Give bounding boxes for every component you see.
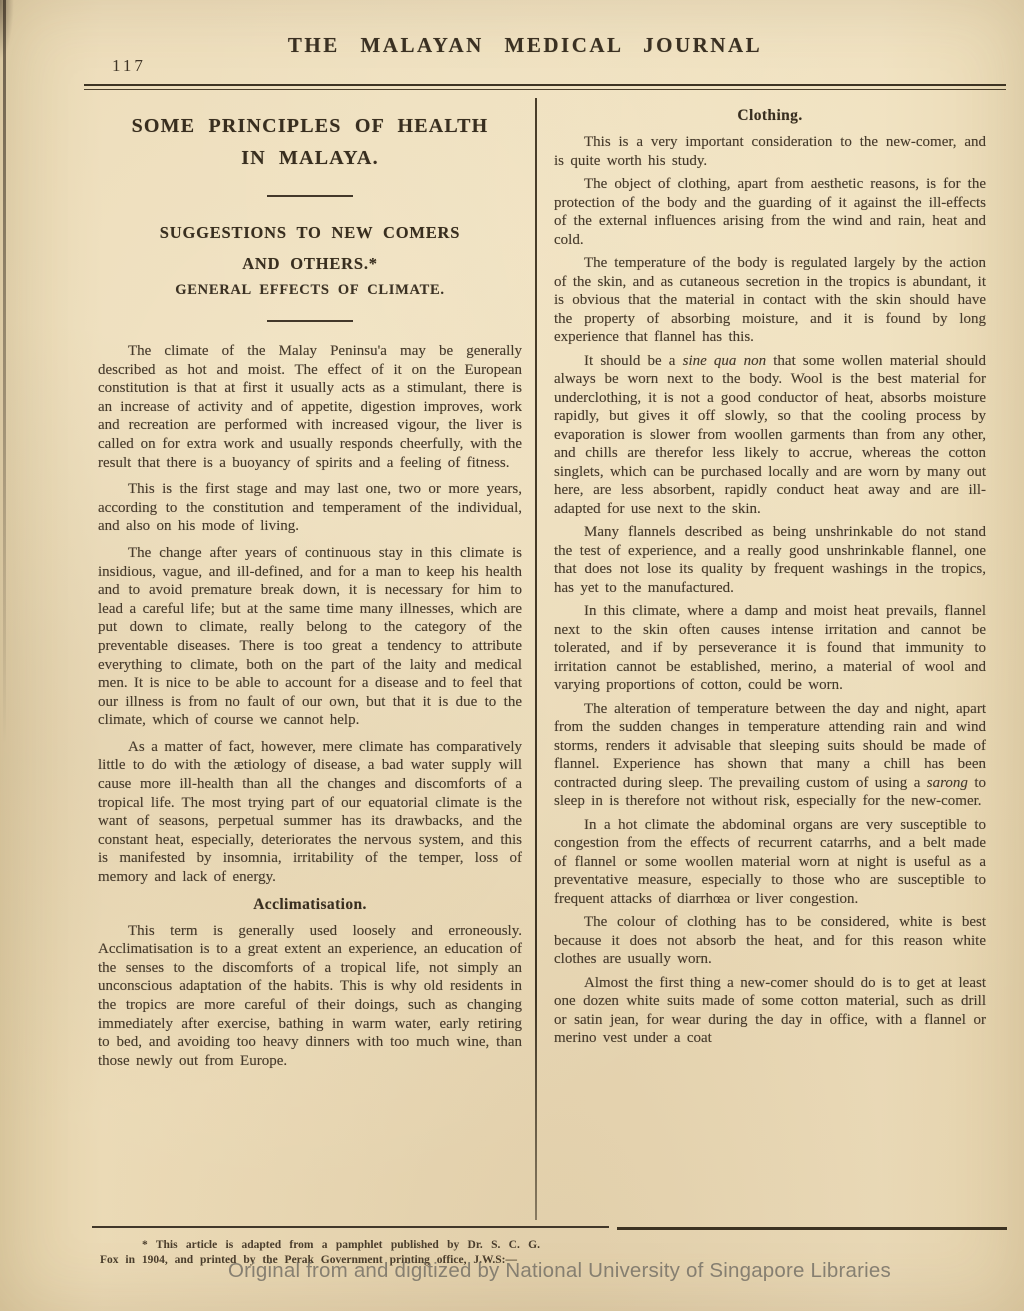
journal-page-scan: 117 THE MALAYAN MEDICAL JOURNAL SOME PRI…: [0, 0, 1024, 1311]
heading-line: SUGGESTIONS TO NEW COMERS: [98, 217, 522, 248]
journal-title: THE MALAYAN MEDICAL JOURNAL: [0, 33, 1024, 58]
article-paragraph: The change after years of continuous sta…: [98, 544, 522, 730]
text-segment: The climate of the Malay Peninsu'a may b…: [98, 343, 522, 471]
text-segment: This is a very important consideration t…: [554, 134, 986, 169]
section-divider-rule: [267, 195, 353, 197]
article-paragraph: This is a very important consideration t…: [554, 133, 986, 170]
article-paragraph: In a hot climate the abdominal organs ar…: [554, 816, 986, 909]
header-double-rule: [84, 84, 1006, 90]
article-paragraph: This is the first stage and may last one…: [98, 480, 522, 536]
heading-line: SOME PRINCIPLES OF HEALTH: [98, 110, 522, 142]
text-segment: The colour of clothing has to be conside…: [554, 914, 986, 967]
article-paragraph: As a matter of fact, however, mere clima…: [98, 738, 522, 887]
text-segment: It should be a: [584, 353, 683, 369]
article-paragraph: The object of clothing, apart from aesth…: [554, 175, 986, 249]
text-segment: This term is generally used loosely and …: [98, 923, 522, 1069]
text-segment: The temperature of the body is regulated…: [554, 255, 986, 345]
page-number: 117: [112, 56, 146, 76]
section-divider-rule: [267, 320, 353, 322]
article-paragraph: It should be a sine qua non that some wo…: [554, 352, 986, 519]
italic-phrase: sarong: [927, 775, 968, 791]
footer-rule-left: [92, 1226, 609, 1228]
text-segment: that some wollen material should always …: [554, 353, 986, 517]
article-subtitle: SUGGESTIONS TO NEW COMERSAND OTHERS.*: [98, 217, 522, 279]
text-segment: As a matter of fact, however, mere clima…: [98, 739, 522, 885]
column-divider-rule: [535, 98, 537, 1220]
center-heading: Clothing.: [554, 107, 986, 125]
text-segment: The change after years of continuous sta…: [98, 545, 522, 728]
article-paragraph: The temperature of the body is regulated…: [554, 254, 986, 347]
article-body: SOME PRINCIPLES OF HEALTHIN MALAYA.SUGGE…: [0, 98, 1024, 1224]
text-segment: The object of clothing, apart from aesth…: [554, 176, 986, 248]
text-segment: This is the first stage and may last one…: [98, 481, 522, 534]
text-segment: The alteration of temperature between th…: [554, 701, 986, 791]
text-segment: In a hot climate the abdominal organs ar…: [554, 817, 986, 907]
heading-line: IN MALAYA.: [98, 142, 522, 174]
text-segment: Almost the first thing a new-comer shoul…: [554, 975, 986, 1047]
article-paragraph: This term is generally used loosely and …: [98, 922, 522, 1071]
left-column: SOME PRINCIPLES OF HEALTHIN MALAYA.SUGGE…: [98, 98, 522, 1224]
article-paragraph: In this climate, where a damp and moist …: [554, 602, 986, 695]
text-segment: In this climate, where a damp and moist …: [554, 603, 986, 693]
digitization-watermark: Original from and digitized by National …: [228, 1259, 891, 1283]
text-segment: Many flannels described as being unshrin…: [554, 524, 986, 596]
heading-line: AND OTHERS.*: [98, 248, 522, 279]
center-heading: Acclimatisation.: [98, 896, 522, 914]
article-paragraph: The climate of the Malay Peninsu'a may b…: [98, 342, 522, 472]
article-paragraph: The colour of clothing has to be conside…: [554, 913, 986, 969]
article-paragraph: The alteration of temperature between th…: [554, 700, 986, 811]
right-column: Clothing.This is a very important consid…: [554, 98, 986, 1224]
article-paragraph: Many flannels described as being unshrin…: [554, 523, 986, 597]
footer-rule-right: [617, 1227, 1007, 1230]
article-paragraph: Almost the first thing a new-comer shoul…: [554, 974, 986, 1048]
italic-phrase: sine qua non: [683, 353, 766, 369]
section-heading: GENERAL EFFECTS OF CLIMATE.: [98, 282, 522, 299]
article-title: SOME PRINCIPLES OF HEALTHIN MALAYA.: [98, 110, 522, 174]
